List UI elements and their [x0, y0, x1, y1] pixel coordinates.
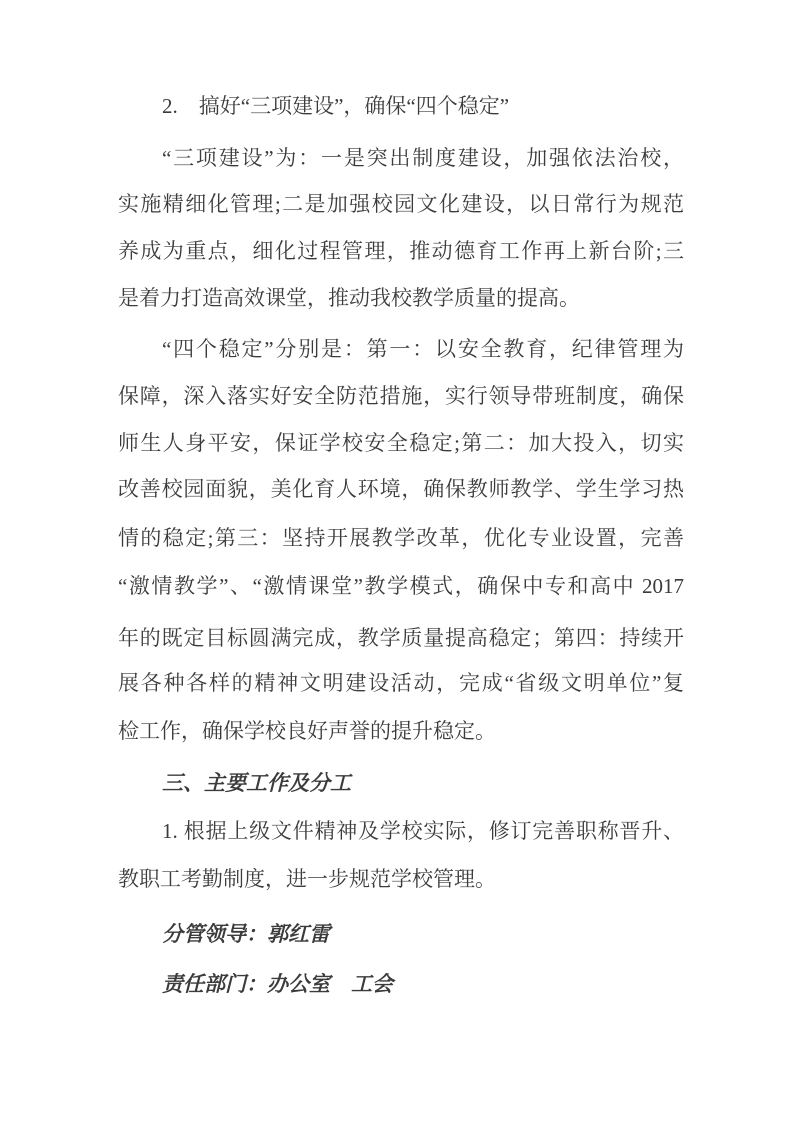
responsible-leader-line: 分管领导：郭红雷: [118, 921, 684, 948]
responsible-department-line: 责任部门：办公室 工会: [118, 971, 684, 998]
text-line: 教职工考勤制度，进一步规范学校管理。: [118, 866, 684, 893]
text-line: 检工作，确保学校良好声誉的提升稳定。: [118, 718, 684, 745]
paragraph-four-stabilities: “四个稳定”分别是：第一：以安全教育，纪律管理为: [118, 336, 684, 363]
list-item-2-heading: 2. 搞好“三项建设”，确保“四个稳定”: [118, 93, 684, 120]
text-line: 情的稳定;第三：坚持开展教学改革，优化专业设置，完善: [118, 525, 684, 552]
text-line: 展各种各样的精神文明建设活动，完成“省级文明单位”复: [118, 670, 684, 697]
document-page: 2. 搞好“三项建设”，确保“四个稳定” “三项建设”为：一是突出制度建设，加强…: [0, 0, 794, 1123]
task-item-1: 1. 根据上级文件精神及学校实际，修订完善职称晋升、: [118, 818, 684, 845]
paragraph-three-constructions: “三项建设”为：一是突出制度建设，加强依法治校，: [118, 145, 684, 172]
section-heading-main-work: 三、主要工作及分工: [118, 770, 684, 797]
text-line: 保障，深入落实好安全防范措施，实行领导带班制度，确保: [118, 383, 684, 410]
text-line: 师生人身平安，保证学校安全稳定;第二：加大投入，切实: [118, 430, 684, 457]
text-line: 年的既定目标圆满完成，教学质量提高稳定；第四：持续开: [118, 625, 684, 652]
text-line: 养成为重点，细化过程管理，推动德育工作再上新台阶;三: [118, 238, 684, 265]
text-line: 是着力打造高效课堂，推动我校教学质量的提高。: [118, 285, 684, 312]
text-line: 改善校园面貌，美化育人环境，确保教师教学、学生学习热: [118, 476, 684, 503]
text-line: “激情教学”、“激情课堂”教学模式，确保中专和高中 2017: [118, 573, 684, 600]
text-line: 实施精细化管理;二是加强校园文化建设，以日常行为规范: [118, 191, 684, 218]
